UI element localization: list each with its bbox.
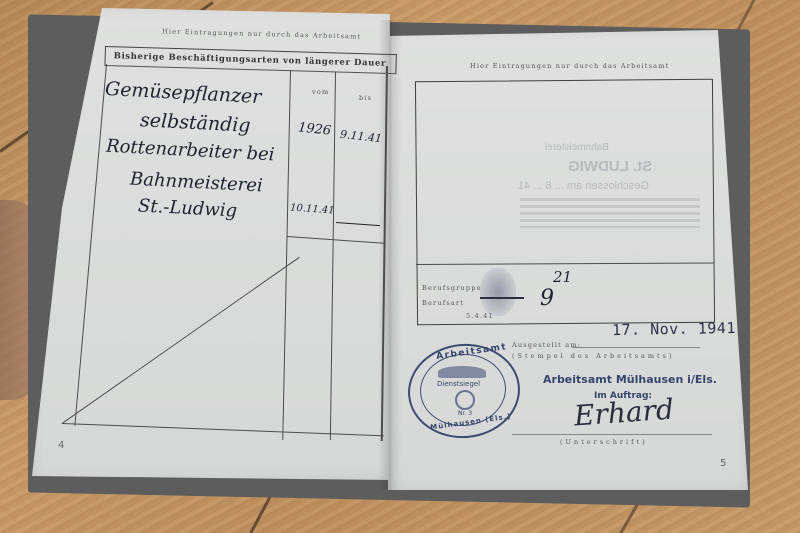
occupation-strike — [480, 297, 524, 299]
stamp-caption: (Stempel des Arbeitsamts) — [512, 352, 675, 360]
signature-line — [512, 434, 712, 435]
column-header-from: vom — [312, 88, 329, 96]
issuing-office: Arbeitsamt Mülhausen i/Els. — [543, 373, 717, 386]
issue-date: 17. Nov. 1941 — [612, 319, 736, 339]
bleed-through-line1: Bahnmeisterei — [545, 142, 609, 153]
page-number-right: 5 — [720, 458, 726, 469]
signature-caption: (Unterschrift) — [560, 438, 648, 446]
occupation-group-label: Berufsgruppe — [422, 284, 482, 292]
occupation-stamp-mark — [480, 268, 516, 316]
stamp-middle-text: Dienstsiegel — [437, 380, 480, 388]
bleed-through-line3: Geschlossen am ... 8 ... 41 — [518, 180, 649, 192]
column-header-to: bis — [359, 94, 372, 102]
page-number-left: 4 — [58, 440, 64, 451]
eagle-emblem-icon — [438, 366, 486, 378]
occupation-type-label: Berufsart — [422, 299, 464, 307]
emblem-wreath-icon — [455, 390, 475, 410]
right-header-note: Hier Eintragungen nur durch das Arbeitsa… — [470, 62, 669, 70]
bleed-through-line2: St. LUDWIG — [568, 158, 652, 175]
stamp-number: Nr. 3 — [458, 410, 472, 417]
bleed-through-body — [520, 198, 700, 228]
occupation-group-value: 21 — [553, 268, 572, 286]
occupation-small-note: 5.4.41 — [466, 312, 494, 320]
occupation-type-value: 9 — [540, 286, 554, 311]
signature: Erhard — [573, 393, 675, 433]
issued-date-line — [572, 347, 700, 348]
issued-label: Ausgestellt am: — [512, 341, 581, 349]
